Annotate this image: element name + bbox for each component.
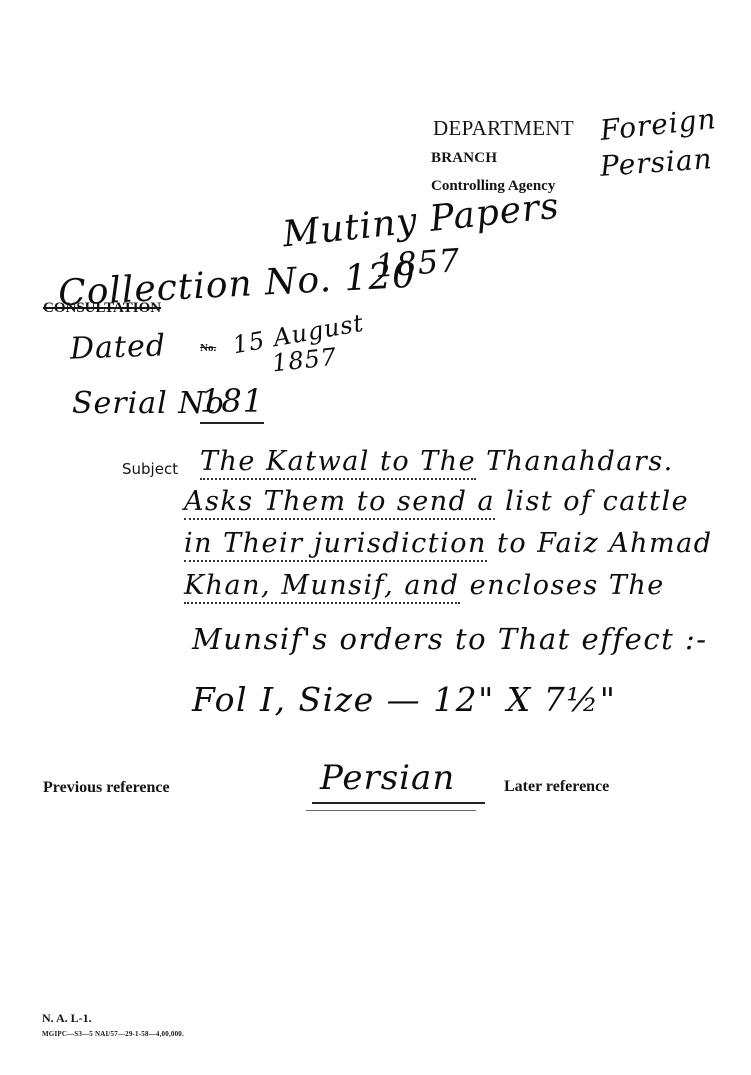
serial-number: 181	[200, 382, 264, 424]
printer-imprint: MGIPC—S3—5 NAI/57—29-1-58—4,00,000.	[42, 1030, 184, 1038]
subject-line-2-rest: list of cattle	[495, 486, 689, 517]
subject-line-2: Asks Them to send a list of cattle	[184, 486, 689, 517]
no-label: No.	[200, 342, 216, 354]
subject-line-1-rest: Thanahdars.	[476, 446, 674, 477]
branch-label: BRANCH	[431, 150, 497, 167]
date-year: 1857	[271, 343, 339, 378]
subject-line-3-rest: to Faiz Ahmad	[487, 528, 713, 559]
subject-line-3-dotted: in Their jurisdiction	[184, 528, 487, 562]
dated-label: Dated	[69, 328, 166, 366]
subject-line-2-dotted: Asks Them to send a	[184, 486, 495, 520]
subject-label: Subject	[122, 460, 178, 478]
branch-value: Persian	[599, 142, 714, 183]
department-value: Foreign	[599, 102, 718, 147]
folio-size-line: Fol I, Size — 12" X 7½"	[192, 680, 616, 719]
later-reference-label: Later reference	[504, 778, 609, 796]
subject-line-4-dotted: Khan, Munsif, and	[184, 570, 460, 604]
subject-line-5: Munsif's orders to That effect :-	[192, 622, 708, 656]
subject-line-3: in Their jurisdiction to Faiz Ahmad	[184, 528, 713, 559]
previous-reference-label: Previous reference	[43, 779, 170, 797]
subject-line-4: Khan, Munsif, and encloses The	[184, 570, 665, 601]
subject-line-4-rest: encloses The	[460, 570, 665, 601]
subject-line-1: The Katwal to The Thanahdars.	[200, 446, 674, 477]
consultation-label: CONSULTATION	[43, 300, 161, 317]
department-label: DEPARTMENT	[433, 116, 574, 141]
form-id: N. A. L-1.	[42, 1011, 92, 1026]
subject-line-1-dotted: The Katwal to The	[200, 446, 476, 480]
underline-divider	[306, 810, 476, 811]
reference-language: Persian	[312, 758, 485, 804]
